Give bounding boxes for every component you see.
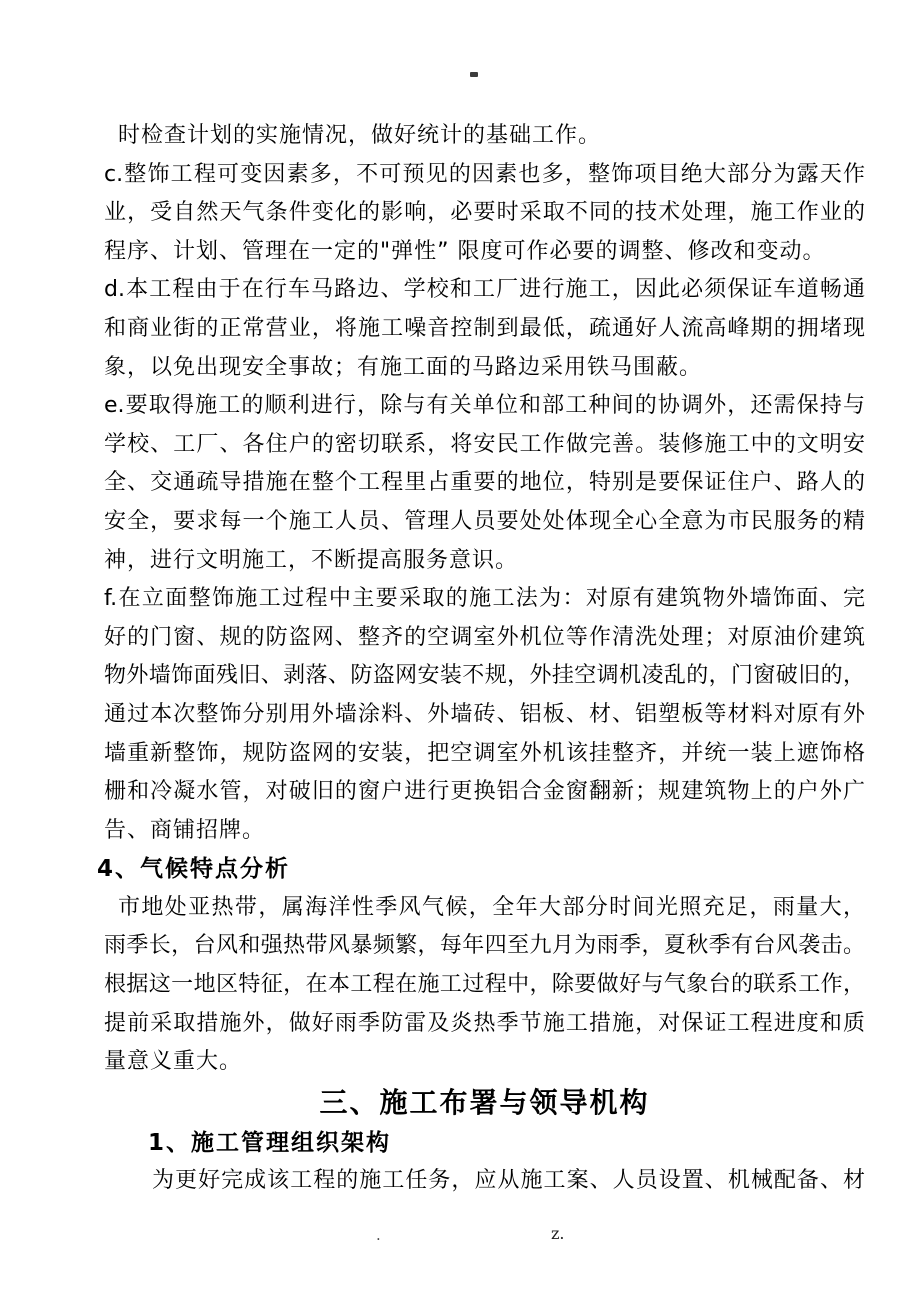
paragraph-line: 墙重新整饰，规防盗网的安装，把空调室外机该挂整齐，并统一装上遮饰格	[104, 735, 865, 774]
paragraph-line: 物外墙饰面残旧、剥落、防盗网安装不规，外挂空调机凌乱的，门窗破旧的，	[104, 657, 865, 696]
stray-z-mark: z.	[551, 1226, 565, 1242]
paragraph-line: 量意义重大。	[104, 1043, 865, 1082]
chapter-heading: 三、施工布署与领导机构	[104, 1082, 865, 1124]
text-column: 时检查计划的实施情况，做好统计的基础工作。 c.整饰工程可变因素多，不可预见的因…	[104, 117, 865, 1201]
paragraph-line: 程序、计划、管理在一定的"弹性” 限度可作必要的调整、修改和变动。	[104, 233, 865, 272]
paragraph-line: c.整饰工程可变因素多，不可预见的因素也多，整饰项目绝大部分为露天作	[104, 156, 865, 195]
paragraph-line: 提前采取措施外，做好雨季防雷及炎热季节施工措施，对保证工程进度和质	[104, 1005, 865, 1044]
section-heading-climate: 4、气候特点分析	[97, 850, 865, 889]
paragraph-line: 雨季长，台风和强热带风暴频繁，每年四至九月为雨季，夏秋季有台风袭击。	[104, 927, 865, 966]
paragraph-line: 好的门窗、规的防盗网、整齐的空调室外机位等作清洗处理；对原油价建筑	[104, 619, 865, 658]
paragraph-line: 告、商铺招牌。	[104, 812, 865, 851]
subsection-heading: 1、施工管理组织架构	[104, 1124, 865, 1163]
stray-dot-mark: .	[376, 1228, 381, 1243]
paragraph-line: 象，以免出现安全事故；有施工面的马路边采用铁马围蔽。	[104, 349, 865, 388]
paragraph-line: f.在立面整饰施工过程中主要采取的施工法为：对原有建筑物外墙饰面、完	[104, 580, 865, 619]
paragraph-line: 安全，要求每一个施工人员、管理人员要处处体现全心全意为市民服务的精	[104, 503, 865, 542]
paragraph-line: 时检查计划的实施情况，做好统计的基础工作。	[104, 117, 865, 156]
paragraph-line: 和商业街的正常营业，将施工噪音控制到最低，疏通好人流高峰期的拥堵现	[104, 310, 865, 349]
paragraph-line: 为更好完成该工程的施工任务，应从施工案、人员设置、机械配备、材	[104, 1162, 865, 1201]
paragraph-line: 学校、工厂、各住户的密切联系，将安民工作做完善。装修施工中的文明安	[104, 426, 865, 465]
paragraph-line: 全、交通疏导措施在整个工程里占重要的地位，特别是要保证住户、路人的	[104, 464, 865, 503]
paragraph-line: 栅和冷凝水管，对破旧的窗户进行更换铝合金窗翻新；规建筑物上的户外广	[104, 773, 865, 812]
paragraph-line: d.本工程由于在行车马路边、学校和工厂进行施工，因此必须保证车道畅通	[104, 271, 865, 310]
ink-speck-icon	[470, 72, 478, 77]
paragraph-line: 业，受自然天气条件变化的影响，必要时采取不同的技术处理，施工作业的	[104, 194, 865, 233]
paragraph-line: 市地处亚热带，属海洋性季风气候，全年大部分时间光照充足，雨量大，	[104, 889, 865, 928]
paragraph-line: 通过本次整饰分别用外墙涂料、外墙砖、铝板、材、铝塑板等材料对原有外	[104, 696, 865, 735]
paragraph-line: 根据这一地区特征，在本工程在施工过程中，除要做好与气象台的联系工作，	[104, 966, 865, 1005]
paragraph-line: 神，进行文明施工，不断提高服务意识。	[104, 542, 865, 581]
document-page: 时检查计划的实施情况，做好统计的基础工作。 c.整饰工程可变因素多，不可预见的因…	[0, 0, 920, 1302]
paragraph-line: e.要取得施工的顺利进行，除与有关单位和部工种间的协调外，还需保持与	[104, 387, 865, 426]
